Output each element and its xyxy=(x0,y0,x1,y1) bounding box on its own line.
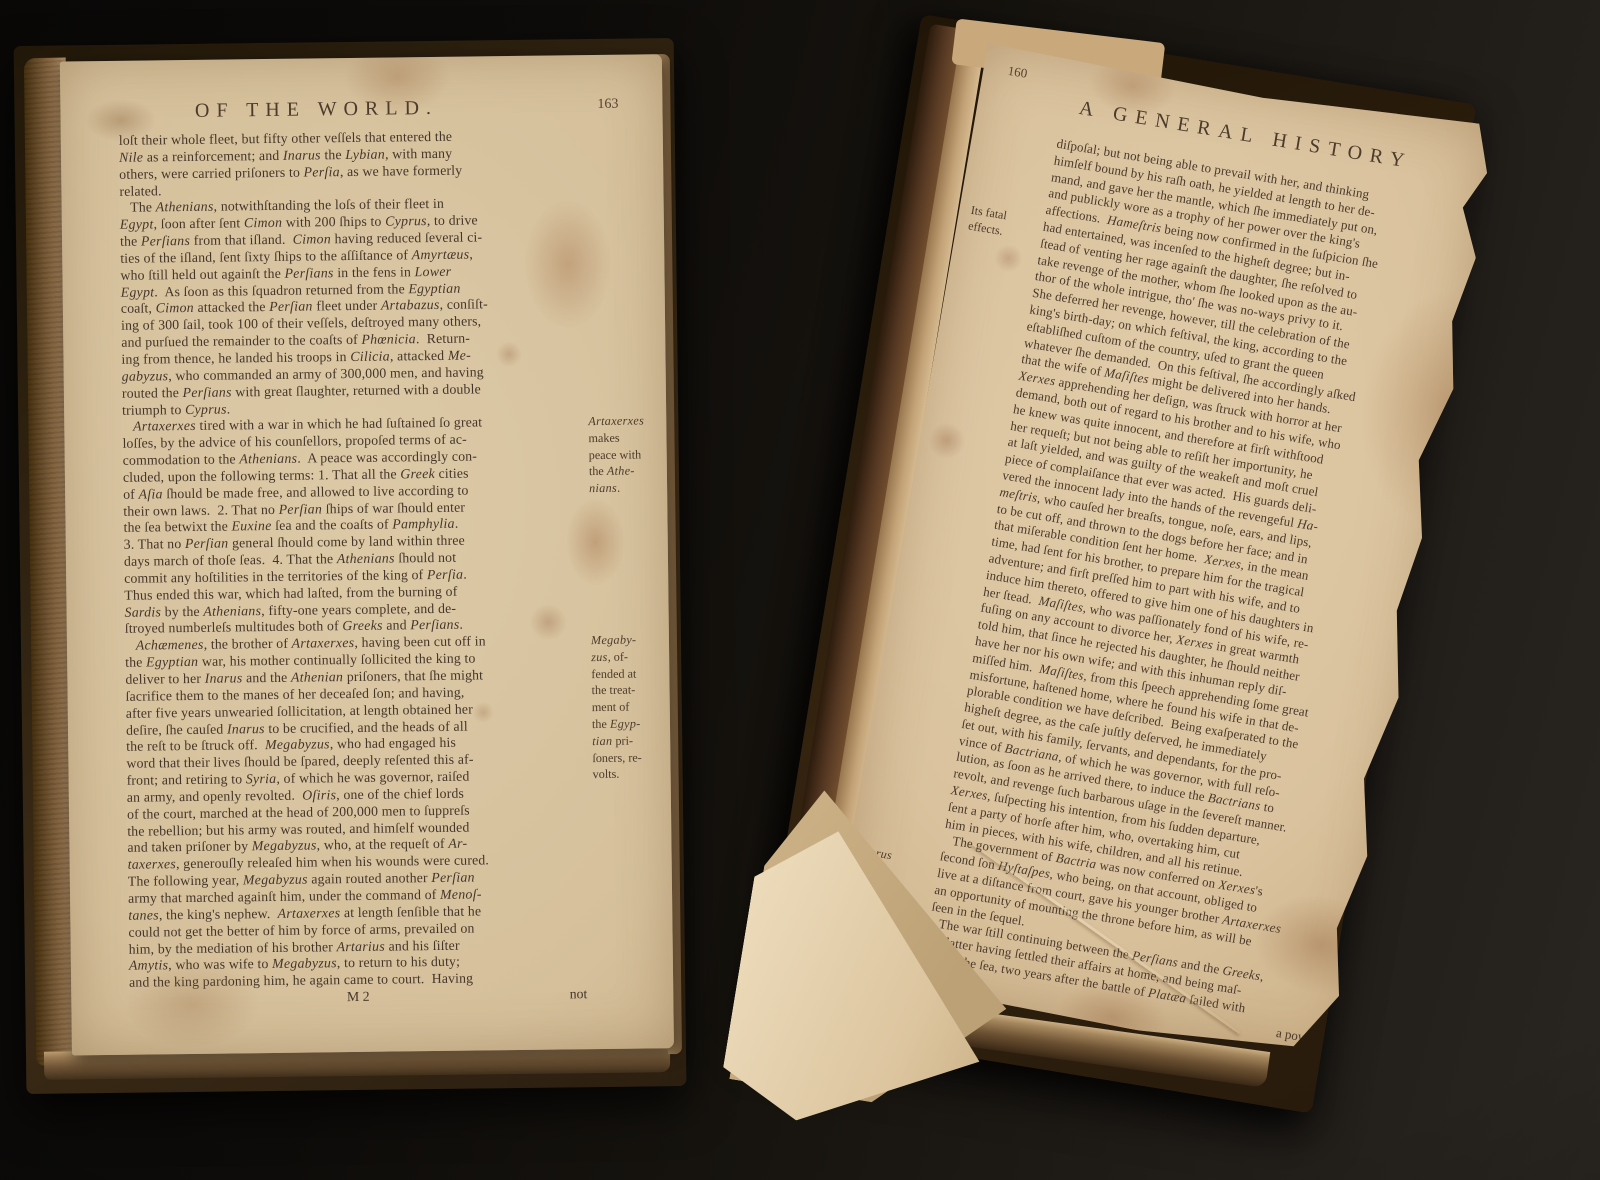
text-line: the treat- xyxy=(591,681,687,699)
left-page: OF THE WORLD. 163 loſt their whole fleet… xyxy=(60,54,674,1055)
left-page-catchword: not xyxy=(570,986,588,1002)
left-page-margin-note-2: Megaby-zus, of-fended atthe treat-ment o… xyxy=(591,631,689,783)
text-line: Artaxerxes xyxy=(588,412,684,430)
text-line: the Athe- xyxy=(589,462,685,480)
left-page-running-title: OF THE WORLD. xyxy=(104,96,528,124)
left-page-body-text: loſt their whole fleet, but fifty other … xyxy=(119,127,587,992)
text-line: the Egyp- xyxy=(592,715,688,733)
text-line: peace with xyxy=(589,446,685,464)
text-line: Megaby- xyxy=(591,631,687,649)
text-line: nians. xyxy=(589,479,685,497)
right-page-number: 160 xyxy=(1007,63,1029,82)
right-page-body-text: diſpoſal; but not being able to prevail … xyxy=(922,136,1454,1030)
right-book: 160 A GENERAL HISTORY diſpoſal; but not … xyxy=(827,42,1498,1064)
text-line: ment of xyxy=(592,698,688,716)
right-page-margin-note-1: Its fataleffects. xyxy=(967,203,1039,245)
book-photo: OF THE WORLD. 163 loſt their whole fleet… xyxy=(0,0,1600,1180)
text-line: zus, of- xyxy=(591,648,687,666)
left-book: OF THE WORLD. 163 loſt their whole fleet… xyxy=(22,44,683,1082)
left-page-margin-note-1: Artaxerxesmakespeace withthe Athe-nians. xyxy=(588,412,685,497)
text-line: fended at xyxy=(591,665,687,683)
left-page-number: 163 xyxy=(597,97,618,113)
text-line: volts. xyxy=(593,765,689,783)
text-line: makes xyxy=(588,429,684,447)
text-line: ſoners, re- xyxy=(592,748,688,766)
text-line: tian pri- xyxy=(592,732,688,750)
